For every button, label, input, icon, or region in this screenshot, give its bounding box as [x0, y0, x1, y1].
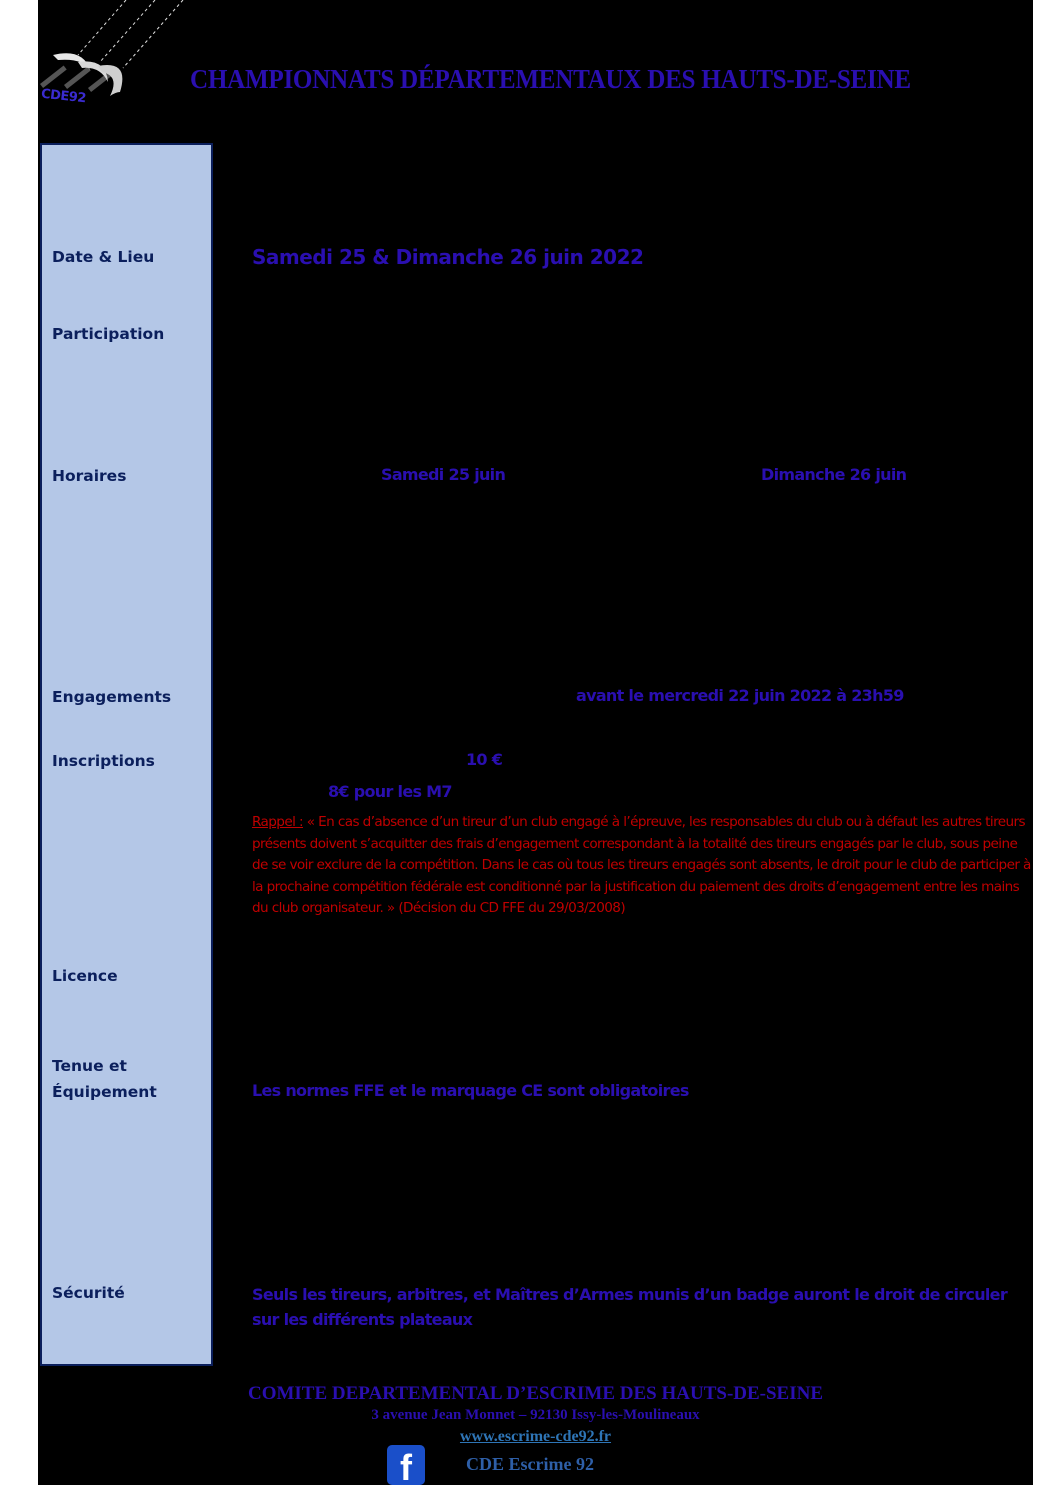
label-horaires: Horaires: [52, 463, 126, 489]
rappel-notice: Rappel : « En cas d’absence d’un tireur …: [252, 812, 1032, 920]
inscription-price: 10 €: [466, 750, 502, 769]
footer-address: 3 avenue Jean Monnet – 92130 Issy-les-Mo…: [38, 1407, 1033, 1424]
horaires-day2: Dimanche 26 juin: [761, 465, 906, 484]
horaires-day1: Samedi 25 juin: [381, 465, 505, 484]
label-tenue-line1: Tenue et: [52, 1053, 127, 1079]
footer-organization: COMITE DEPARTEMENTAL D’ESCRIME DES HAUTS…: [38, 1383, 1033, 1405]
rappel-label: Rappel :: [252, 814, 303, 830]
facebook-icon[interactable]: f: [387, 1445, 425, 1485]
label-securite: Sécurité: [52, 1280, 125, 1306]
securite-value: Seuls les tireurs, arbitres, et Maîtres …: [252, 1282, 1022, 1332]
label-licence: Licence: [52, 963, 118, 989]
document-page: CDE92 CHAMPIONNATS DÉPARTEMENTAUX DES HA…: [38, 0, 1033, 1485]
inscription-price-m7: 8€ pour les M7: [328, 782, 452, 801]
label-inscriptions: Inscriptions: [52, 748, 155, 774]
footer-website-row: www.escrime-cde92.fr: [38, 1428, 1033, 1446]
date-value: Samedi 25 & Dimanche 26 juin 2022: [252, 245, 643, 269]
page-title: CHAMPIONNATS DÉPARTEMENTAUX DES HAUTS-DE…: [190, 64, 974, 95]
website-link[interactable]: www.escrime-cde92.fr: [460, 1428, 611, 1445]
cde92-logo: CDE92: [38, 0, 188, 115]
label-date-lieu: Date & Lieu: [52, 244, 154, 270]
engagements-deadline: avant le mercredi 22 juin 2022 à 23h59: [576, 686, 904, 705]
rappel-text: « En cas d’absence d’un tireur d’un club…: [252, 814, 1031, 916]
label-engagements: Engagements: [52, 684, 171, 710]
tenue-value: Les normes FFE et le marquage CE sont ob…: [252, 1081, 689, 1100]
facebook-label[interactable]: CDE Escrime 92: [466, 1454, 594, 1475]
label-tenue-line2: Équipement: [52, 1079, 157, 1105]
label-participation: Participation: [52, 321, 164, 347]
